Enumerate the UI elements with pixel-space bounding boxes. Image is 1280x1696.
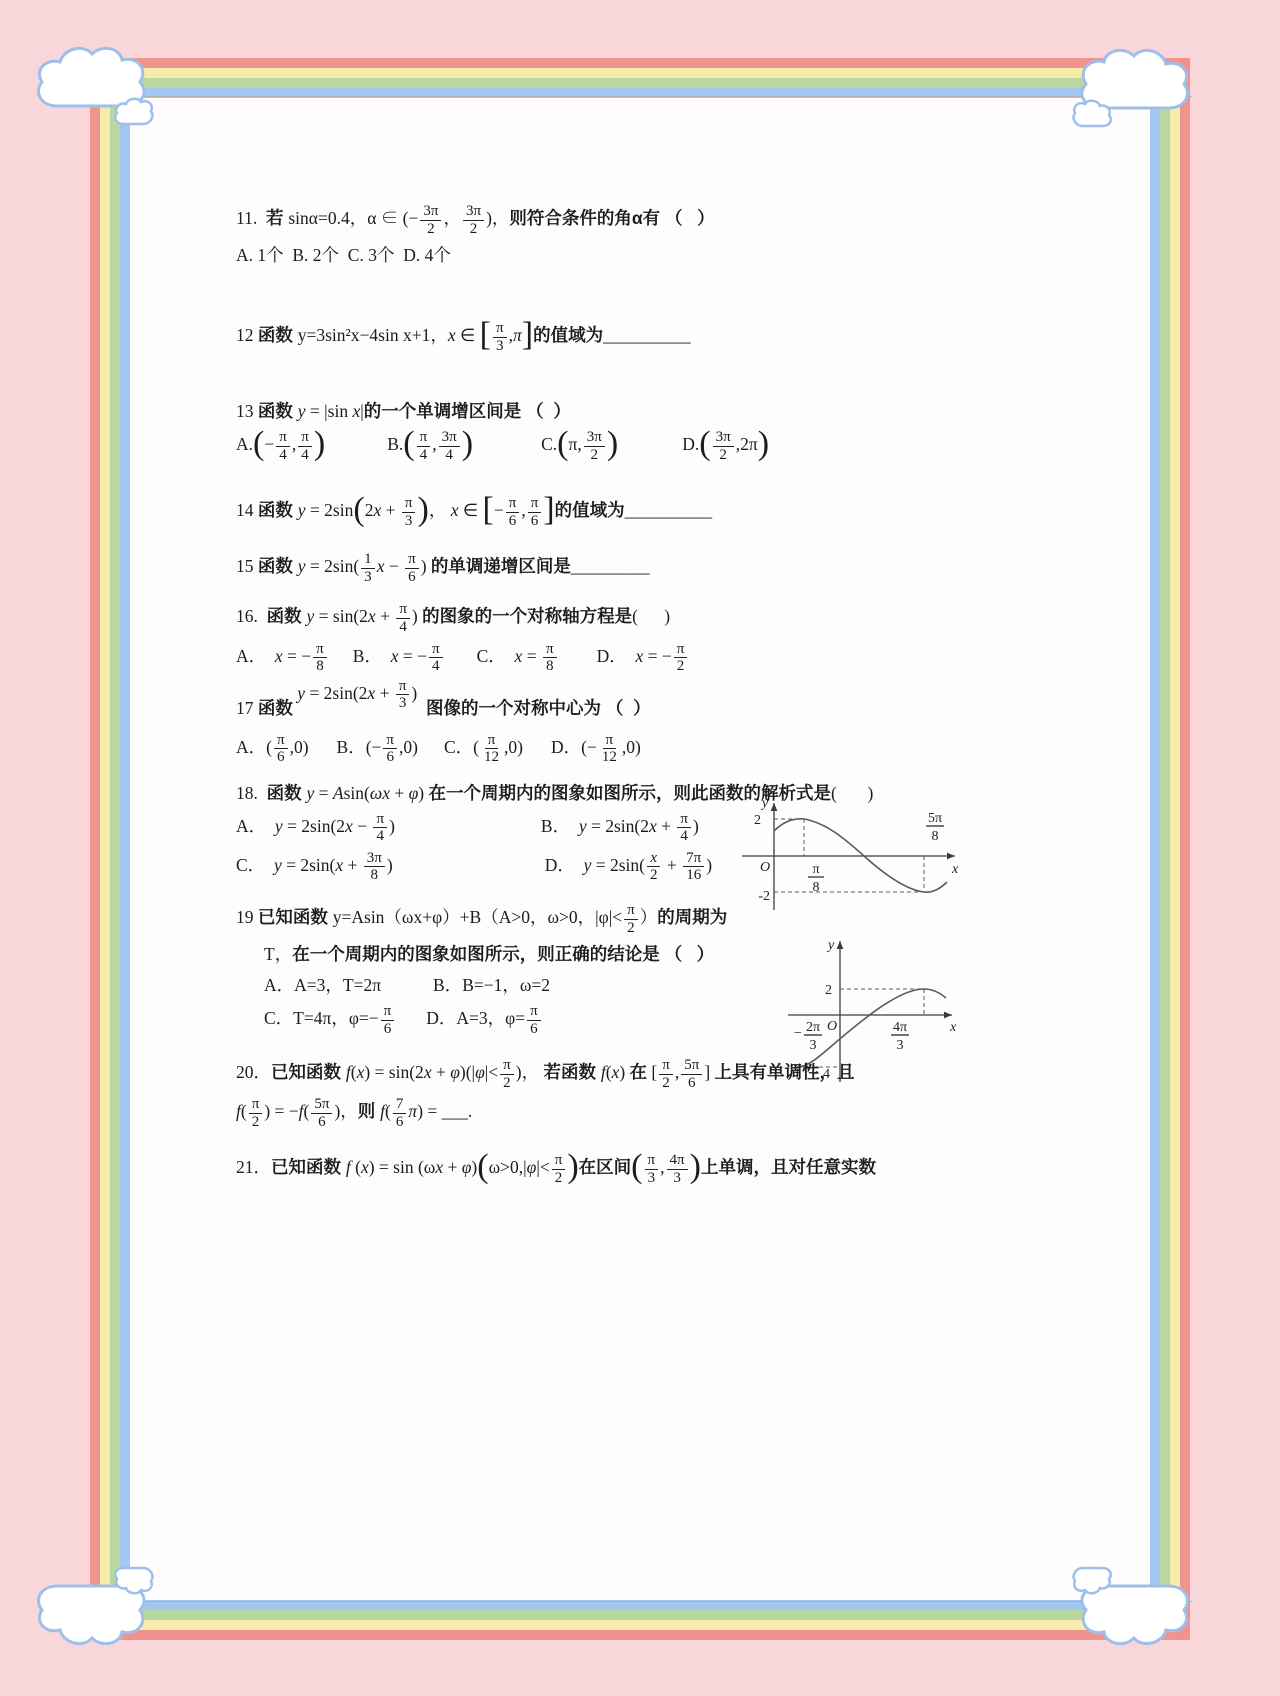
cn-text: 若 — [266, 208, 288, 228]
text: ) = − — [264, 1101, 298, 1121]
text: ) — [418, 783, 428, 803]
text: 13 — [236, 401, 258, 421]
text: 15 — [236, 556, 258, 576]
text: sinα=0.4，α ∈ (− — [288, 208, 418, 228]
text: − — [494, 500, 504, 520]
text: C． — [236, 855, 274, 875]
cn-text: 上单调，且对任意实数 — [701, 1157, 876, 1177]
text: T， — [264, 944, 292, 964]
question-19-line: C．T=4π，φ=−π6D．A=3，φ=π6 — [236, 1003, 1122, 1037]
g19-left-sign: − — [794, 1026, 802, 1041]
text: ( ) — [632, 607, 670, 627]
fraction: π12 — [481, 732, 502, 766]
fraction: π6 — [405, 551, 419, 585]
question-18: 18. 函数 y = Asin(ωx + φ) 在一个周期内的图象如图所示，则此… — [236, 780, 1122, 884]
cn-text: 在区间 — [579, 1157, 632, 1177]
fraction: π6 — [527, 1003, 541, 1037]
text: A． — [236, 646, 275, 666]
text: D．(− — [551, 737, 597, 757]
fraction: 3π8 — [364, 850, 385, 884]
text: ） — [640, 907, 658, 927]
cn-text: 的值域为 — [533, 325, 603, 345]
big-delimiter: ] — [543, 491, 554, 528]
fraction: π6 — [274, 732, 288, 766]
text: _________ — [571, 556, 650, 576]
g19-right-num: 4π — [893, 1020, 907, 1035]
text: C．T=4π，φ=− — [264, 1008, 379, 1028]
g18-ymax: 2 — [754, 813, 761, 828]
text: A. 1个 B. 2个 C. 3个 D. 4个 — [236, 245, 451, 265]
cn-text: 的图象的一个对称轴方程是 — [422, 607, 632, 627]
big-delimiter: ) — [417, 491, 428, 528]
cn-text: 函数 — [258, 556, 298, 576]
text: [ — [647, 1062, 657, 1082]
fraction: 5π6 — [311, 1096, 332, 1130]
text — [417, 698, 426, 718]
fraction: π12 — [599, 732, 620, 766]
question-21: 21．已知函数 f (x) = sin (ωx + φ)(ω>0,|φ|<π2)… — [236, 1152, 1122, 1186]
fraction: π2 — [249, 1096, 263, 1130]
fraction: 3π2 — [713, 429, 734, 463]
big-delimiter: ( — [253, 425, 264, 462]
fraction: π8 — [313, 641, 327, 675]
fraction: 3π2 — [463, 203, 484, 237]
question-14-line: 14 函数 y = 2sin(2x + π3)， x ∈ [−π6,π6]的值域… — [236, 495, 1122, 529]
text: ∈ — [456, 325, 480, 345]
text: = |sin — [306, 401, 353, 421]
text: , — [660, 1157, 664, 1177]
text: φ — [475, 1062, 485, 1082]
text: 20． — [236, 1062, 271, 1082]
text: ,0) — [290, 737, 309, 757]
g19-left-den: 3 — [810, 1038, 817, 1053]
text: 18. — [236, 783, 267, 803]
text: B. — [387, 434, 403, 454]
text: D. — [682, 434, 699, 454]
fraction: 5π6 — [681, 1057, 702, 1091]
text: = 2sin(2 — [587, 816, 649, 836]
text: 21． — [236, 1157, 271, 1177]
text: A. — [236, 434, 253, 454]
g19-y-label: y — [826, 938, 835, 953]
fraction: π4 — [276, 429, 290, 463]
big-delimiter: ) — [567, 1148, 578, 1185]
text: y — [579, 816, 587, 836]
text: B．(− — [337, 737, 382, 757]
text: x — [649, 816, 657, 836]
text: C. — [541, 434, 557, 454]
question-13-line: 13 函数 y = |sin x|的一个单调增区间是 （ ） — [236, 398, 1122, 424]
text: ) — [619, 1062, 629, 1082]
text: )， — [334, 1101, 357, 1121]
cn-text: 的周期为 — [657, 907, 727, 927]
text: ( — [385, 1101, 391, 1121]
question-18-line: 18. 函数 y = Asin(ωx + φ) 在一个周期内的图象如图所示，则此… — [236, 780, 1122, 806]
g18-x-label: x — [951, 862, 959, 877]
question-18-line: A． y = 2sin(2x − π4)B． y = 2sin(2x + π4) — [236, 811, 1122, 845]
text: + — [443, 1157, 462, 1177]
text: = — [522, 646, 541, 666]
cn-text: 的单调递增区间是 — [431, 556, 571, 576]
question-11: 11. 若 sinα=0.4，α ∈ (−3π2，3π2)，则符合条件的角α有 … — [236, 203, 1122, 268]
text: A．( — [236, 737, 272, 757]
fraction: 4π3 — [667, 1152, 688, 1186]
text: x — [275, 646, 283, 666]
text: D．A=3，φ= — [426, 1008, 525, 1028]
question-17-line: A．(π6,0)B．(−π6,0)C．(π12,0)D．(−π12,0) — [236, 732, 1122, 766]
question-12-line: 12 函数 y=3sin²x−4sin x+1，x ∈ [π3,π]的值域为__… — [236, 320, 1122, 354]
g19-left-num: 2π — [806, 1020, 820, 1035]
fraction: π4 — [396, 601, 410, 635]
fraction: π4 — [429, 641, 443, 675]
cn-text: 函数 — [258, 401, 298, 421]
text: ,0) — [622, 737, 641, 757]
fraction: 76 — [393, 1096, 407, 1130]
text: y — [298, 500, 306, 520]
text: 19 — [236, 907, 258, 927]
text: + — [663, 855, 682, 875]
text: + — [381, 500, 400, 520]
text: + — [390, 783, 409, 803]
text: ) — [411, 683, 417, 703]
question-17: 17 函数 y = 2sin(2x + π3) 图像的一个对称中心为 （ ）A．… — [236, 693, 1122, 766]
text: = 2sin — [306, 500, 354, 520]
text: π, — [569, 434, 582, 454]
big-delimiter: ) — [314, 425, 325, 462]
fraction: π6 — [506, 495, 520, 529]
question-19-line: T，在一个周期内的图象如图所示，则正确的结论是 （ ） — [236, 941, 1122, 967]
text: + — [657, 816, 676, 836]
cn-text: 函数 — [258, 500, 298, 520]
text: y=3sin²x−4sin x+1， — [298, 325, 448, 345]
text: C． — [477, 646, 515, 666]
text: A — [333, 783, 344, 803]
text: x — [424, 1062, 432, 1082]
text: )， — [516, 1062, 544, 1082]
text: φ — [409, 783, 419, 803]
question-13-line: A.(−π4,π4)B.(π4,3π4)C.(π,3π2)D.(3π2,2π) — [236, 429, 1122, 463]
text: ， — [429, 500, 451, 520]
text: φ — [527, 1157, 537, 1177]
g19-origin: O — [827, 1019, 837, 1034]
cn-text: 在 — [630, 1062, 648, 1082]
text: 16. — [236, 607, 267, 627]
cn-text: 已知函数 — [271, 1157, 346, 1177]
question-21-line: 21．已知函数 f (x) = sin (ωx + φ)(ω>0,|φ|<π2)… — [236, 1152, 1122, 1186]
text: A． — [236, 816, 275, 836]
text: = − — [399, 646, 428, 666]
text: ) — [421, 556, 431, 576]
text: ] — [704, 1062, 714, 1082]
g18-y-label: y — [760, 796, 769, 811]
fraction: 3π2 — [420, 203, 441, 237]
text: ) — [389, 816, 395, 836]
text: ω>0,| — [489, 1157, 527, 1177]
text: = 2sin(2 — [283, 816, 345, 836]
text: ) = — [417, 1101, 441, 1121]
fraction: x2 — [647, 850, 661, 884]
text: x — [391, 646, 399, 666]
big-delimiter: ) — [607, 425, 618, 462]
big-delimiter: ( — [403, 425, 414, 462]
fraction: π3 — [493, 320, 507, 354]
text: x — [435, 1157, 443, 1177]
g19-ymax: 2 — [825, 983, 832, 998]
text: π — [513, 325, 522, 345]
top-hairline — [88, 96, 1192, 97]
big-delimiter: ( — [557, 425, 568, 462]
g19-x-label: x — [949, 1020, 957, 1035]
question-12: 12 函数 y=3sin²x−4sin x+1，x ∈ [π3,π]的值域为__… — [236, 320, 1122, 354]
text: )(| — [460, 1062, 475, 1082]
text: B．B=−1，ω=2 — [433, 975, 550, 995]
text: sin( — [344, 783, 370, 803]
text: , — [432, 434, 436, 454]
big-delimiter: ) — [462, 425, 473, 462]
cn-text: 在一个周期内的图象如图所示，则正确的结论是 （ ） — [292, 944, 714, 964]
text: = 2sin( — [282, 855, 336, 875]
question-11-line: 11. 若 sinα=0.4，α ∈ (−3π2，3π2)，则符合条件的角α有 … — [236, 203, 1122, 237]
question-16-line: A． x = −π8B． x = −π4C． x = π8D． x = −π2 — [236, 641, 1122, 675]
fraction: π4 — [298, 429, 312, 463]
text: x — [368, 607, 376, 627]
fraction: π2 — [552, 1152, 566, 1186]
big-delimiter: ( — [353, 491, 364, 528]
text: A．A=3，T=2π — [264, 975, 381, 995]
text: y — [274, 855, 282, 875]
text: ) = sin(2 — [364, 1062, 423, 1082]
content-area: 11. 若 sinα=0.4，α ∈ (−3π2，3π2)，则符合条件的角α有 … — [130, 98, 1150, 1600]
text: = − — [643, 646, 672, 666]
fraction: π3 — [396, 678, 410, 712]
text: ) — [693, 816, 699, 836]
text: B． — [353, 646, 391, 666]
g18-peak-den: 8 — [813, 880, 820, 895]
text: x — [448, 325, 456, 345]
big-delimiter: ) — [758, 425, 769, 462]
bottom-hairline — [88, 1601, 1192, 1602]
fraction: 3π2 — [584, 429, 605, 463]
text: 14 — [236, 500, 258, 520]
text: )， — [486, 208, 509, 228]
big-delimiter: ) — [690, 1148, 701, 1185]
fraction: π2 — [659, 1057, 673, 1091]
question-20-line: f(π2) = −f(5π6)，则 f(76π) = ___. — [236, 1096, 1122, 1130]
g18-peak-num: π — [812, 862, 819, 877]
text: B． — [541, 816, 579, 836]
question-14: 14 函数 y = 2sin(2x + π3)， x ∈ [−π6,π6]的值域… — [236, 495, 1122, 529]
text: D． — [545, 855, 584, 875]
text: φ — [450, 1062, 460, 1082]
text: ( — [241, 1101, 247, 1121]
text: ) — [412, 607, 422, 627]
cn-text: 函数 — [267, 607, 307, 627]
fraction: 13 — [361, 551, 375, 585]
text: = 2sin( — [306, 556, 360, 576]
text: ωx — [370, 783, 390, 803]
question-20: 20．已知函数 f(x) = sin(2x + φ)(|φ|<π2)， 若函数 … — [236, 1057, 1122, 1130]
text: __________ — [625, 500, 713, 520]
cn-text: 函数 — [267, 783, 307, 803]
text: x — [345, 816, 353, 836]
text: ) = sin (ω — [369, 1157, 436, 1177]
text: ) — [387, 855, 393, 875]
text: + — [375, 683, 394, 703]
g18-origin: O — [760, 860, 770, 875]
big-delimiter: ( — [699, 425, 710, 462]
text: ) — [706, 855, 712, 875]
big-delimiter: ( — [477, 1148, 488, 1185]
cn-text: 若函数 — [543, 1062, 600, 1082]
text: − — [384, 556, 403, 576]
text: ( — [351, 1157, 361, 1177]
cn-text: 则 — [358, 1101, 380, 1121]
text: D． — [597, 646, 636, 666]
text: + — [432, 1062, 451, 1082]
question-17-line: 17 函数 y = 2sin(2x + π3) 图像的一个对称中心为 （ ） — [236, 693, 1122, 727]
question-19-line: A．A=3，T=2πB．B=−1，ω=2 — [236, 972, 1122, 998]
question-15-line: 15 函数 y = 2sin(13x − π6) 的单调递增区间是_______… — [236, 551, 1122, 585]
text: __________ — [603, 325, 691, 345]
q18-graph: y x 2 O -2 π 8 5π 8 — [734, 794, 964, 916]
text: ___. — [442, 1101, 473, 1121]
cn-text: 的值域为 — [555, 500, 625, 520]
fraction: π3 — [645, 1152, 659, 1186]
big-delimiter: ( — [631, 1148, 642, 1185]
worksheet-page: { "theme": { "page_background": "#f8d6da… — [0, 0, 1280, 1696]
question-19-line: 19 已知函数 y=Asin（ωx+φ）+B（A>0，ω>0，|φ|<π2）的周… — [236, 902, 1122, 936]
question-16: 16. 函数 y = sin(2x + π4) 的图象的一个对称轴方程是( )A… — [236, 601, 1122, 674]
text: 11. — [236, 208, 266, 228]
text: + — [343, 855, 362, 875]
question-18-line: C． y = 2sin(x + 3π8)D． y = 2sin(x2 + 7π1… — [236, 850, 1122, 884]
cn-text: 的一个单调增区间是 （ ） — [364, 401, 571, 421]
fraction: π3 — [402, 495, 416, 529]
text: ∈ — [458, 500, 482, 520]
text: = sin(2 — [314, 607, 368, 627]
text: , — [521, 500, 525, 520]
text: , — [292, 434, 296, 454]
fraction: π2 — [674, 641, 688, 675]
text: y — [297, 683, 305, 703]
text: y — [298, 556, 306, 576]
text: ( — [304, 1101, 310, 1121]
fraction: π6 — [381, 1003, 395, 1037]
fraction: π6 — [528, 495, 542, 529]
text: y=Asin（ωx+φ）+B（A>0，ω>0，|φ|< — [333, 907, 622, 927]
text: |< — [536, 1157, 549, 1177]
question-11-line: A. 1个 B. 2个 C. 3个 D. 4个 — [236, 242, 1122, 268]
questions-list: 11. 若 sinα=0.4，α ∈ (−3π2，3π2)，则符合条件的角α有 … — [236, 203, 1122, 1187]
text: y — [298, 401, 306, 421]
fraction: π4 — [417, 429, 431, 463]
text: − — [353, 816, 372, 836]
cn-text: 函数 — [258, 698, 293, 718]
text: , — [675, 1062, 679, 1082]
text: ,2π — [736, 434, 758, 454]
question-15: 15 函数 y = 2sin(13x − π6) 的单调递增区间是_______… — [236, 551, 1122, 585]
fraction: π4 — [373, 811, 387, 845]
cn-text: 已知函数 — [258, 907, 333, 927]
text: |< — [485, 1062, 498, 1082]
text: 12 — [236, 325, 258, 345]
g18-min-den: 8 — [932, 829, 939, 844]
question-19: 19 已知函数 y=Asin（ωx+φ）+B（A>0，ω>0，|φ|<π2）的周… — [236, 902, 1122, 1037]
cn-text: 已知函数 — [271, 1062, 346, 1082]
fraction: π4 — [677, 811, 691, 845]
text: π — [408, 1101, 417, 1121]
big-delimiter: [ — [480, 316, 491, 353]
text: x — [335, 855, 343, 875]
text: ,0) — [504, 737, 523, 757]
question-20-line: 20．已知函数 f(x) = sin(2x + φ)(|φ|<π2)， 若函数 … — [236, 1057, 1122, 1091]
text: ， — [443, 208, 461, 228]
g18-min-num: 5π — [928, 811, 942, 826]
text: y — [275, 816, 283, 836]
big-delimiter: ] — [522, 316, 533, 353]
cn-text: 上具有单调性，且 — [715, 1062, 855, 1082]
cn-text: 则符合条件的角α有 （ ） — [509, 208, 714, 228]
text: C．( — [444, 737, 479, 757]
fraction: π6 — [383, 732, 397, 766]
text: = 2sin( — [591, 855, 645, 875]
text: = — [314, 783, 333, 803]
fraction: π2 — [500, 1057, 514, 1091]
big-delimiter: [ — [482, 491, 493, 528]
text: = 2sin(2 — [305, 683, 367, 703]
text: − — [264, 434, 274, 454]
fraction: 3π4 — [439, 429, 460, 463]
question-13: 13 函数 y = |sin x|的一个单调增区间是 （ ）A.(−π4,π4)… — [236, 398, 1122, 463]
fraction: π2 — [624, 902, 638, 936]
fraction: π8 — [543, 641, 557, 675]
text: + — [376, 607, 395, 627]
text: x — [361, 1157, 369, 1177]
question-16-line: 16. 函数 y = sin(2x + π4) 的图象的一个对称轴方程是( ) — [236, 601, 1122, 635]
text: ,0) — [399, 737, 418, 757]
cn-text: 函数 — [258, 325, 298, 345]
text: 17 — [236, 698, 258, 718]
fraction: 7π16 — [683, 850, 704, 884]
text: = − — [283, 646, 312, 666]
g19-right-den: 3 — [897, 1038, 904, 1053]
text: φ — [462, 1157, 472, 1177]
cn-text: 图像的一个对称中心为 （ ） — [426, 698, 651, 718]
